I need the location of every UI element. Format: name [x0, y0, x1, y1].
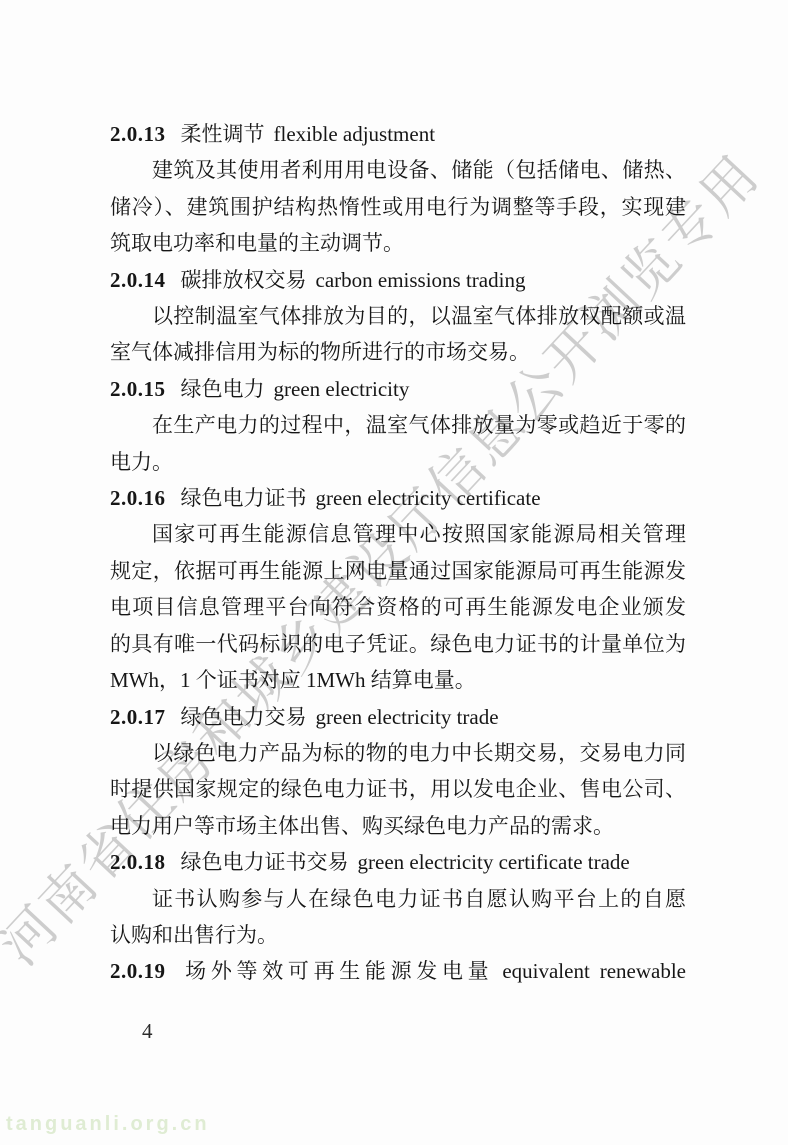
term-english: green electricity certificate: [316, 486, 541, 510]
term-english: green electricity certificate trade: [358, 850, 630, 874]
term-number: 2.0.17: [110, 705, 166, 729]
term-body-line: 证书认购参与人在绿色电力证书自愿认购平台上的自愿: [110, 881, 686, 917]
terms-content: 2.0.13柔性调节flexible adjustment 建筑及其使用者利用用…: [110, 116, 686, 990]
term-heading: 2.0.14碳排放权交易carbon emissions trading: [110, 262, 686, 298]
term-chinese: 柔性调节: [181, 122, 265, 146]
term-chinese: 场外等效可再生能源发电量: [181, 959, 494, 983]
term-heading: 2.0.17绿色电力交易green electricity trade: [110, 699, 686, 735]
term-number: 2.0.18: [110, 850, 166, 874]
term-number: 2.0.16: [110, 486, 166, 510]
term-number: 2.0.14: [110, 268, 166, 292]
term-body-line: 的具有唯一代码标识的电子凭证。绿色电力证书的计量单位为: [110, 626, 686, 662]
term-body-line: 以绿色电力产品为标的物的电力中长期交易，交易电力同: [110, 735, 686, 771]
term-english: flexible adjustment: [274, 122, 436, 146]
term-heading: 2.0.18绿色电力证书交易green electricity certific…: [110, 844, 686, 880]
term-chinese: 绿色电力交易: [181, 705, 307, 729]
term-body-line: 电力用户等市场主体出售、购买绿色电力产品的需求。: [110, 808, 686, 844]
term-heading: 2.0.15绿色电力green electricity: [110, 371, 686, 407]
term-section: 2.0.19场外等效可再生能源发电量equivalent renewable: [110, 953, 686, 989]
term-heading: 2.0.16绿色电力证书green electricity certificat…: [110, 480, 686, 516]
term-number: 2.0.19: [110, 959, 166, 983]
term-section: 2.0.16绿色电力证书green electricity certificat…: [110, 480, 686, 698]
document-page: 河南省住房和城乡建设厅信息公开浏览专用 2.0.13柔性调节flexible a…: [0, 0, 788, 1145]
term-body-line: 国家可再生能源信息管理中心按照国家能源局相关管理: [110, 516, 686, 552]
term-section: 2.0.17绿色电力交易green electricity trade 以绿色电…: [110, 699, 686, 845]
term-body-line: 时提供国家规定的绿色电力证书，用以发电企业、售电公司、: [110, 771, 686, 807]
term-body-line: 在生产电力的过程中，温室气体排放量为零或趋近于零的: [110, 407, 686, 443]
term-body-line: 以控制温室气体排放为目的，以温室气体排放权配额或温: [110, 298, 686, 334]
term-heading: 2.0.13柔性调节flexible adjustment: [110, 116, 686, 152]
term-section: 2.0.18绿色电力证书交易green electricity certific…: [110, 844, 686, 953]
term-body-line: 室气体减排信用为标的物所进行的市场交易。: [110, 334, 686, 370]
term-number: 2.0.15: [110, 377, 166, 401]
term-chinese: 绿色电力: [181, 377, 265, 401]
term-body-line: 筑取电功率和电量的主动调节。: [110, 225, 686, 261]
term-chinese: 绿色电力证书: [181, 486, 307, 510]
term-body-line: 建筑及其使用者利用用电设备、储能（包括储电、储热、: [110, 152, 686, 188]
term-body-line: 规定，依据可再生能源上网电量通过国家能源局可再生能源发: [110, 553, 686, 589]
term-heading: 2.0.19场外等效可再生能源发电量equivalent renewable: [110, 953, 686, 989]
term-chinese: 碳排放权交易: [181, 268, 307, 292]
term-section: 2.0.14碳排放权交易carbon emissions trading 以控制…: [110, 262, 686, 371]
term-body-line: 电项目信息管理平台向符合资格的可再生能源发电企业颁发: [110, 589, 686, 625]
page-number: 4: [142, 1013, 153, 1049]
term-english: equivalent renewable: [502, 959, 686, 983]
term-body-line: 储冷）、建筑围护结构热惰性或用电行为调整等手段，实现建: [110, 189, 686, 225]
term-english: carbon emissions trading: [316, 268, 526, 292]
term-body-line: 电力。: [110, 444, 686, 480]
term-section: 2.0.13柔性调节flexible adjustment 建筑及其使用者利用用…: [110, 116, 686, 262]
footer-watermark: tanguanli.org.cn: [6, 1113, 210, 1136]
term-body-line: 认购和出售行为。: [110, 917, 686, 953]
term-section: 2.0.15绿色电力green electricity 在生产电力的过程中，温室…: [110, 371, 686, 480]
term-english: green electricity: [274, 377, 410, 401]
term-english: green electricity trade: [316, 705, 499, 729]
term-chinese: 绿色电力证书交易: [181, 850, 349, 874]
term-number: 2.0.13: [110, 122, 166, 146]
term-body-line: MWh，1 个证书对应 1MWh 结算电量。: [110, 662, 686, 698]
